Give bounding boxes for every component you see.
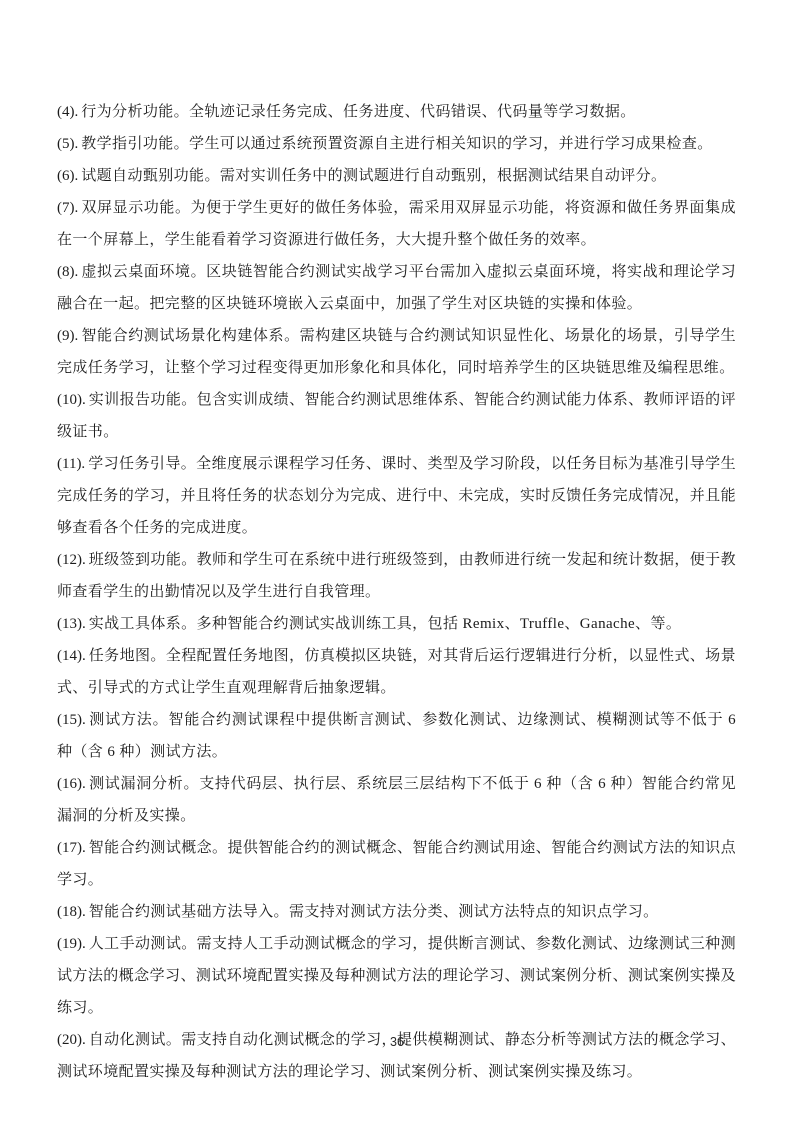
- page-number: 36: [0, 1035, 794, 1049]
- item-number: (6).: [57, 168, 78, 184]
- list-item: (11).学习任务引导。全维度展示课程学习任务、课时、类型及学习阶段，以任务目标…: [57, 448, 736, 544]
- list-item: (17).智能合约测试概念。提供智能合约的测试概念、智能合约测试用途、智能合约测…: [57, 832, 736, 896]
- list-item: (13).实战工具体系。多种智能合约测试实战训练工具，包括 Remix、Truf…: [57, 608, 736, 640]
- item-number: (8).: [57, 264, 78, 280]
- item-number: (17).: [57, 840, 86, 856]
- list-item: (10).实训报告功能。包含实训成绩、智能合约测试思维体系、智能合约测试能力体系…: [57, 384, 736, 448]
- item-number: (15).: [57, 712, 86, 728]
- item-number: (4).: [57, 104, 78, 120]
- item-number: (10).: [57, 392, 86, 408]
- item-number: (13).: [57, 616, 86, 632]
- list-item: (16).测试漏洞分析。支持代码层、执行层、系统层三层结构下不低于 6 种（含 …: [57, 768, 736, 832]
- item-text: 行为分析功能。全轨迹记录任务完成、任务进度、代码错误、代码量等学习数据。: [81, 104, 635, 120]
- item-text: 双屏显示功能。为便于学生更好的做任务体验，需采用双屏显示功能，将资源和做任务界面…: [57, 200, 736, 248]
- item-number: (12).: [57, 552, 86, 568]
- item-number: (11).: [57, 456, 85, 472]
- item-number: (9).: [57, 328, 78, 344]
- item-number: (19).: [57, 936, 86, 952]
- item-text: 班级签到功能。教师和学生可在系统中进行班级签到，由教师进行统一发起和统计数据，便…: [57, 552, 736, 600]
- item-text: 学习任务引导。全维度展示课程学习任务、课时、类型及学习阶段，以任务目标为基准引导…: [57, 456, 736, 536]
- list-item: (20).自动化测试。需支持自动化测试概念的学习，提供模糊测试、静态分析等测试方…: [57, 1024, 736, 1088]
- item-number: (14).: [57, 648, 86, 664]
- item-text: 实训报告功能。包含实训成绩、智能合约测试思维体系、智能合约测试能力体系、教师评语…: [57, 392, 736, 440]
- item-text: 智能合约测试基础方法导入。需支持对测试方法分类、测试方法特点的知识点学习。: [89, 904, 659, 920]
- list-item: (6).试题自动甄别功能。需对实训任务中的测试题进行自动甄别，根据测试结果自动评…: [57, 160, 736, 192]
- list-item: (15).测试方法。智能合约测试课程中提供断言测试、参数化测试、边缘测试、模糊测…: [57, 704, 736, 768]
- document-page: (4).行为分析功能。全轨迹记录任务完成、任务进度、代码错误、代码量等学习数据。…: [0, 0, 794, 1122]
- item-text: 教学指引功能。学生可以通过系统预置资源自主进行相关知识的学习，并进行学习成果检查…: [81, 136, 712, 152]
- item-text: 任务地图。全程配置任务地图，仿真模拟区块链，对其背后运行逻辑进行分析，以显性式、…: [57, 648, 736, 696]
- item-number: (16).: [57, 776, 86, 792]
- item-text: 虚拟云桌面环境。区块链智能合约测试实战学习平台需加入虚拟云桌面环境，将实战和理论…: [57, 264, 736, 312]
- item-number: (18).: [57, 904, 86, 920]
- list-item: (8).虚拟云桌面环境。区块链智能合约测试实战学习平台需加入虚拟云桌面环境，将实…: [57, 256, 736, 320]
- list-item: (7).双屏显示功能。为便于学生更好的做任务体验，需采用双屏显示功能，将资源和做…: [57, 192, 736, 256]
- list-item: (19).人工手动测试。需支持人工手动测试概念的学习，提供断言测试、参数化测试、…: [57, 928, 736, 1024]
- item-number: (7).: [57, 200, 78, 216]
- item-text: 试题自动甄别功能。需对实训任务中的测试题进行自动甄别，根据测试结果自动评分。: [81, 168, 666, 184]
- document-body: (4).行为分析功能。全轨迹记录任务完成、任务进度、代码错误、代码量等学习数据。…: [57, 96, 736, 1088]
- list-item: (12).班级签到功能。教师和学生可在系统中进行班级签到，由教师进行统一发起和统…: [57, 544, 736, 608]
- list-item: (5).教学指引功能。学生可以通过系统预置资源自主进行相关知识的学习，并进行学习…: [57, 128, 736, 160]
- list-item: (14).任务地图。全程配置任务地图，仿真模拟区块链，对其背后运行逻辑进行分析，…: [57, 640, 736, 704]
- item-text: 智能合约测试概念。提供智能合约的测试概念、智能合约测试用途、智能合约测试方法的知…: [57, 840, 736, 888]
- item-text: 人工手动测试。需支持人工手动测试概念的学习，提供断言测试、参数化测试、边缘测试三…: [57, 936, 736, 1016]
- item-text: 测试方法。智能合约测试课程中提供断言测试、参数化测试、边缘测试、模糊测试等不低于…: [57, 712, 736, 760]
- item-number: (5).: [57, 136, 78, 152]
- list-item: (4).行为分析功能。全轨迹记录任务完成、任务进度、代码错误、代码量等学习数据。: [57, 96, 736, 128]
- item-text: 实战工具体系。多种智能合约测试实战训练工具，包括 Remix、Truffle、G…: [89, 616, 682, 632]
- list-item: (9).智能合约测试场景化构建体系。需构建区块链与合约测试知识显性化、场景化的场…: [57, 320, 736, 384]
- item-text: 测试漏洞分析。支持代码层、执行层、系统层三层结构下不低于 6 种（含 6 种）智…: [57, 776, 736, 824]
- item-text: 智能合约测试场景化构建体系。需构建区块链与合约测试知识显性化、场景化的场景，引导…: [57, 328, 736, 376]
- list-item: (18).智能合约测试基础方法导入。需支持对测试方法分类、测试方法特点的知识点学…: [57, 896, 736, 928]
